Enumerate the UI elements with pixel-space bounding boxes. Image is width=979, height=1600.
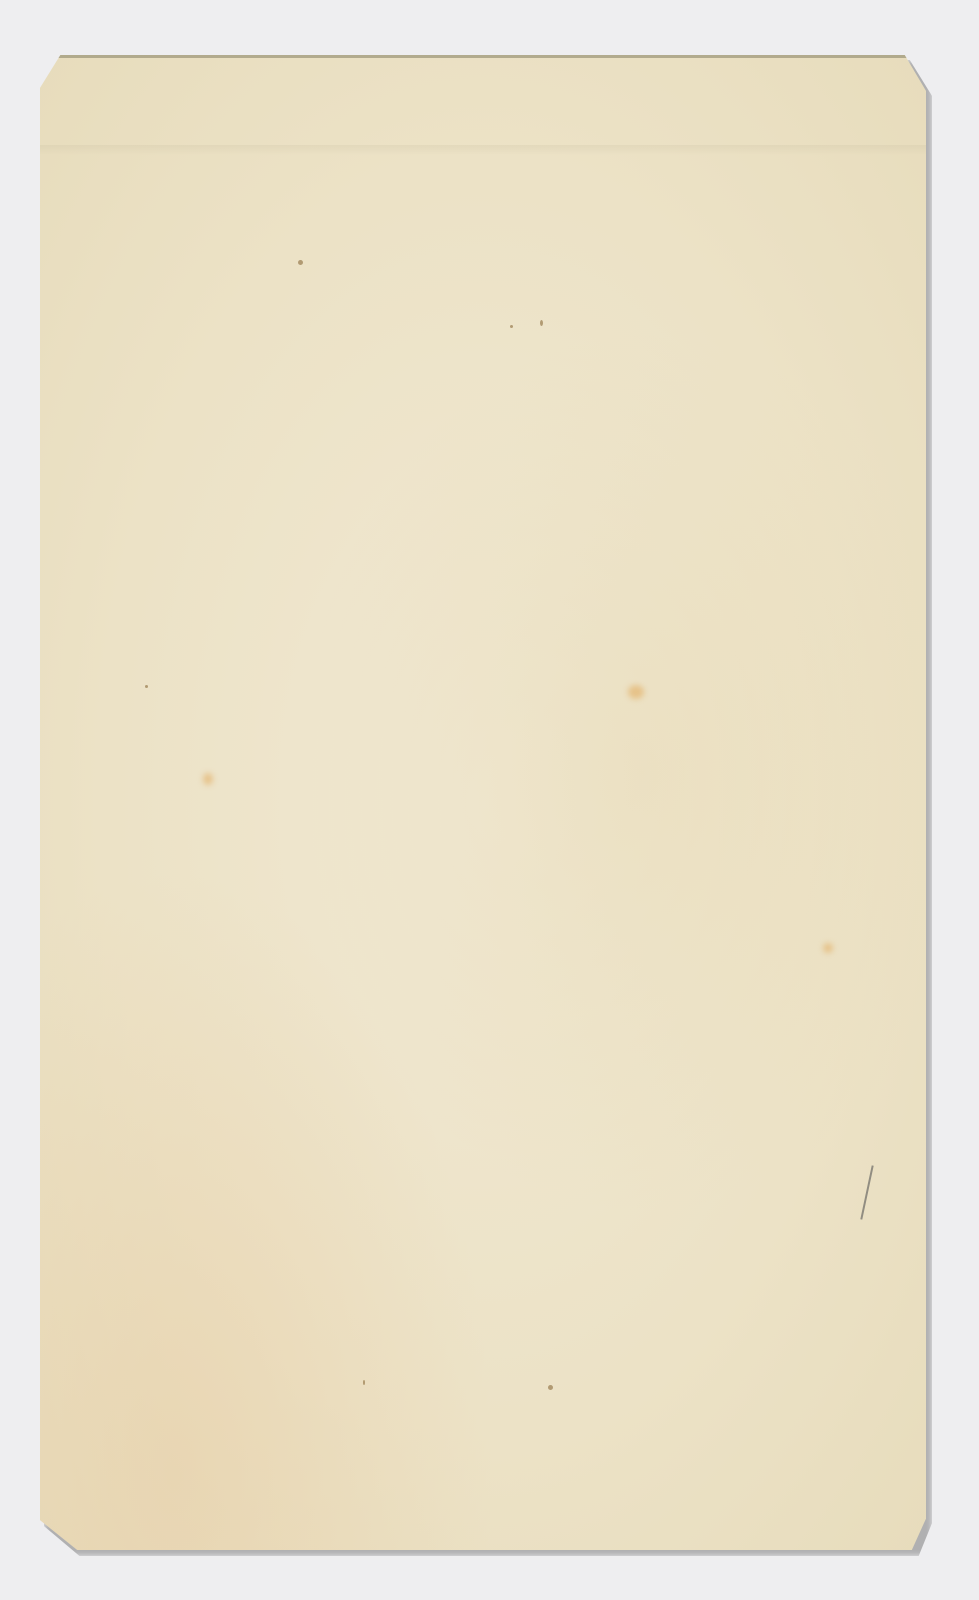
age-stain [823,943,833,953]
speck [145,685,148,688]
blank-card-back [40,55,926,1550]
speck [510,325,513,328]
pencil-scratch [860,1165,873,1219]
age-stain [203,773,213,785]
speck [298,260,303,265]
speck [540,320,543,326]
speck [363,1380,365,1385]
age-stain [628,685,644,699]
speck [548,1385,553,1390]
card-top-edge [40,55,926,58]
card-crease-band [40,145,926,155]
